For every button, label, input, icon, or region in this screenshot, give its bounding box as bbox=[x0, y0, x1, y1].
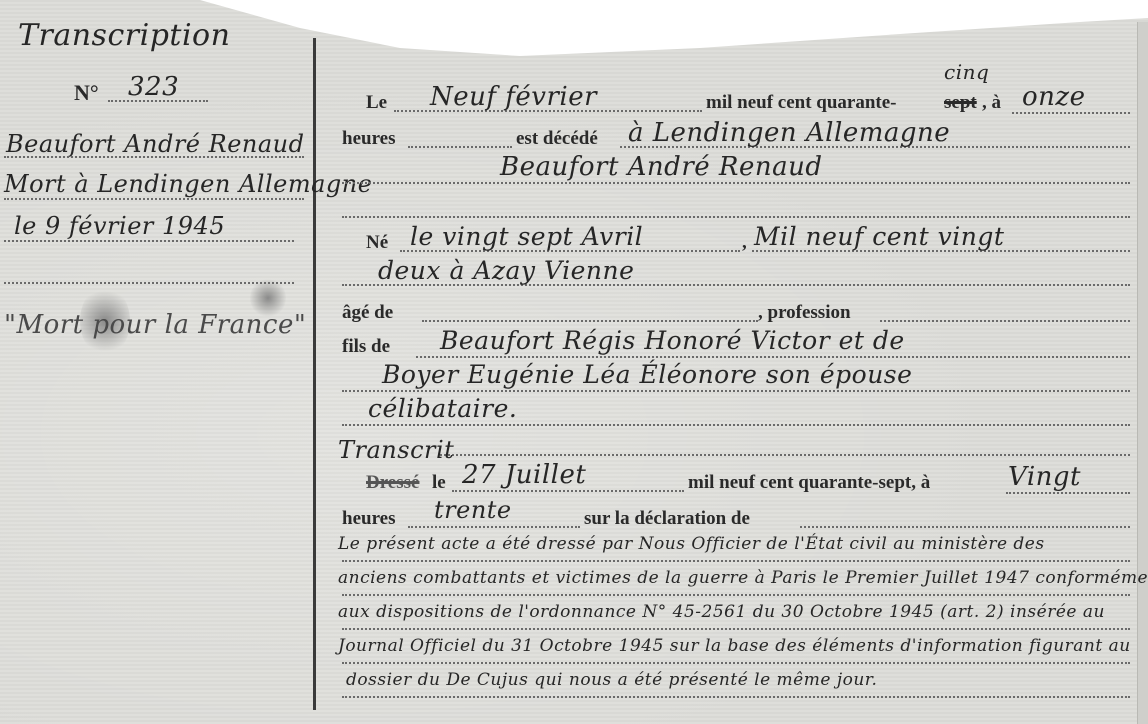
deceased-name: Beaufort André Renaud bbox=[500, 152, 823, 182]
printed-year-2: mil neuf cent quarante-sept, à bbox=[688, 472, 930, 494]
label-profession: , profession bbox=[758, 302, 851, 324]
dotted-line bbox=[342, 182, 1130, 184]
dotted-line bbox=[342, 696, 1130, 698]
label-est-decede: est décédé bbox=[516, 128, 598, 150]
transcription-hour: Vingt bbox=[1008, 462, 1081, 492]
label-age-de: âgé de bbox=[342, 302, 393, 324]
label-fils-de: fils de bbox=[342, 336, 390, 358]
dotted-line bbox=[408, 526, 580, 528]
body-line-1: Le présent acte a été dressé par Nous Of… bbox=[338, 534, 1045, 554]
dotted-line bbox=[4, 240, 294, 242]
dotted-line bbox=[422, 320, 758, 322]
dotted-line bbox=[342, 560, 1130, 562]
body-line-5: dossier du De Cujus qui nous a été prése… bbox=[346, 670, 877, 690]
dotted-line bbox=[1006, 492, 1130, 494]
dotted-line bbox=[4, 282, 294, 284]
body-line-3: aux dispositions de l'ordonnance N° 45-2… bbox=[338, 602, 1105, 622]
margin-summary-date: le 9 février 1945 bbox=[14, 212, 225, 240]
dotted-line bbox=[342, 216, 1130, 218]
dotted-line bbox=[452, 490, 684, 492]
death-hour: onze bbox=[1022, 82, 1085, 112]
register-page: Transcription N° 323 Beaufort André Rena… bbox=[0, 0, 1148, 724]
mother-name: Boyer Eugénie Léa Éléonore son épouse bbox=[382, 360, 912, 389]
struck-dresse: Dressé bbox=[366, 472, 419, 494]
dotted-line bbox=[342, 424, 1130, 426]
dotted-line bbox=[4, 198, 304, 200]
birth-date: le vingt sept Avril bbox=[410, 222, 643, 251]
label-le-2: le bbox=[432, 472, 446, 494]
dotted-line bbox=[440, 454, 1130, 456]
label-heures-2: heures bbox=[342, 508, 395, 530]
comma: , bbox=[742, 232, 747, 254]
body-line-4: Journal Officiel du 31 Octobre 1945 sur … bbox=[338, 636, 1131, 656]
act-number-label: N° bbox=[74, 80, 99, 106]
margin-heading: Transcription bbox=[18, 18, 230, 53]
dotted-line bbox=[342, 628, 1130, 630]
marital-status: célibataire. bbox=[368, 394, 517, 423]
margin-summary-place: Mort à Lendingen Allemagne bbox=[4, 170, 372, 198]
transcription-minutes: trente bbox=[434, 496, 512, 524]
father-name: Beaufort Régis Honoré Victor et de bbox=[440, 326, 905, 355]
dotted-line bbox=[108, 100, 208, 102]
struck-year-word: sept bbox=[944, 92, 977, 114]
dotted-line bbox=[880, 320, 1130, 322]
dotted-line bbox=[1012, 112, 1130, 114]
dotted-line bbox=[342, 390, 1130, 392]
mort-pour-la-france-annotation: "Mort pour la France" bbox=[4, 310, 306, 340]
birth-place: deux à Azay Vienne bbox=[378, 256, 634, 285]
dotted-line bbox=[416, 356, 1130, 358]
dotted-line bbox=[408, 146, 512, 148]
dotted-line bbox=[342, 594, 1130, 596]
dotted-line bbox=[800, 526, 1130, 528]
label-a: , à bbox=[982, 92, 1001, 114]
label-declaration: sur la déclaration de bbox=[584, 508, 750, 530]
label-le: Le bbox=[366, 92, 387, 114]
birth-year: Mil neuf cent vingt bbox=[754, 222, 1004, 251]
printed-year-prefix: mil neuf cent quarante- bbox=[706, 92, 897, 114]
dotted-line bbox=[4, 156, 304, 158]
label-ne: Né bbox=[366, 232, 388, 254]
margin-summary-name: Beaufort André Renaud bbox=[6, 130, 305, 158]
transcription-date: 27 Juillet bbox=[462, 460, 586, 490]
margin-divider bbox=[313, 38, 316, 710]
page-edge bbox=[1137, 22, 1148, 724]
year-correction: cinq bbox=[944, 60, 989, 84]
label-heures: heures bbox=[342, 128, 395, 150]
death-date: Neuf février bbox=[430, 82, 597, 112]
act-number-value: 323 bbox=[128, 72, 179, 102]
body-line-2: anciens combattants et victimes de la gu… bbox=[338, 568, 1148, 588]
transcrit-correction: Transcrit bbox=[338, 436, 454, 464]
dotted-line bbox=[342, 662, 1130, 664]
death-place: à Lendingen Allemagne bbox=[628, 118, 950, 148]
